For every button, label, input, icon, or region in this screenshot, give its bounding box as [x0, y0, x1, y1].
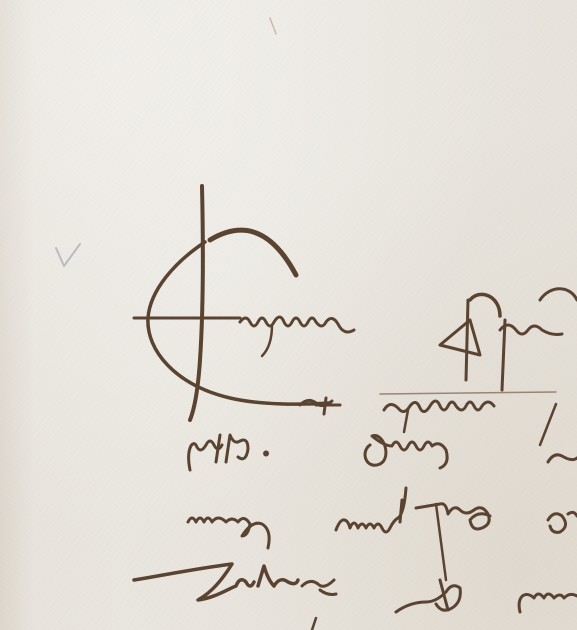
handwriting-strokes [0, 0, 577, 630]
manuscript-page: Eugenius Epus ... et capitulum ... singu… [0, 0, 577, 630]
margin-check-icon [56, 244, 80, 266]
